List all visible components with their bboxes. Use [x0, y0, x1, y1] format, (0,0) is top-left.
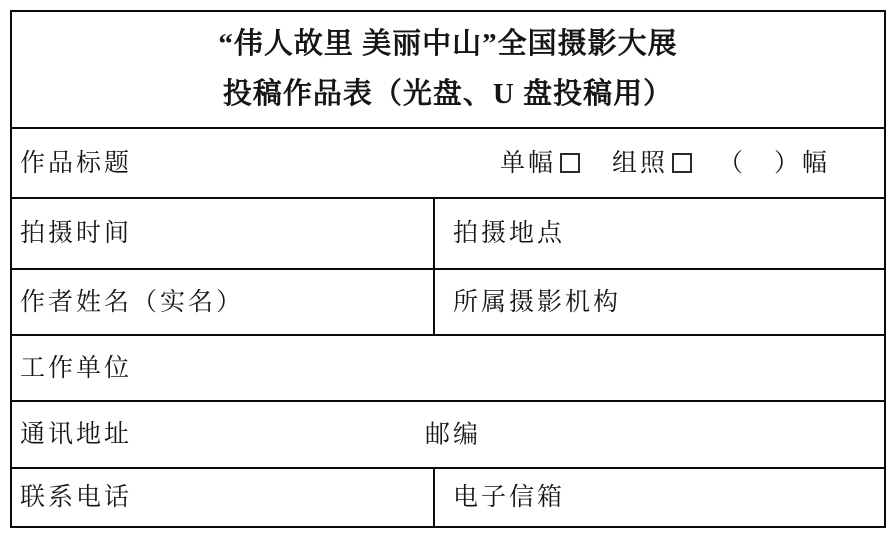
cell-shoot-place: 拍摄地点	[435, 199, 884, 268]
row-contact: 联系电话 电子信箱	[12, 469, 884, 526]
work-unit-label: 工作单位	[20, 356, 132, 381]
form-title-line2: 投稿作品表（光盘、U 盘投稿用）	[223, 80, 673, 109]
single-frame-label: 单幅	[500, 151, 556, 176]
row-author: 作者姓名（实名） 所属摄影机构	[12, 270, 884, 336]
cell-photo-org: 所属摄影机构	[435, 270, 884, 334]
cell-phone: 联系电话	[12, 469, 435, 526]
group-photo-checkbox[interactable]	[672, 153, 692, 173]
postcode-label: 邮编	[425, 422, 481, 447]
phone-label: 联系电话	[20, 485, 132, 510]
shoot-time-label: 拍摄时间	[20, 221, 132, 246]
row-work-title: 作品标题 单幅 组照 （ ）幅	[12, 129, 884, 199]
form-title-block: “伟人故里 美丽中山”全国摄影大展 投稿作品表（光盘、U 盘投稿用）	[12, 12, 884, 129]
work-type-options: 单幅 组照 （ ）幅	[500, 129, 830, 197]
row-work-unit: 工作单位	[12, 336, 884, 402]
work-title-label: 作品标题	[20, 151, 132, 176]
cell-author-name: 作者姓名（实名）	[12, 270, 435, 334]
shoot-place-label: 拍摄地点	[453, 221, 565, 246]
cell-email: 电子信箱	[435, 469, 884, 526]
frame-count-label: （ ）幅	[718, 151, 830, 176]
email-label: 电子信箱	[453, 485, 565, 510]
single-frame-checkbox[interactable]	[560, 153, 580, 173]
photo-org-label: 所属摄影机构	[453, 290, 621, 315]
row-mail-address: 通讯地址 邮编	[12, 402, 884, 469]
group-photo-label: 组照	[612, 151, 668, 176]
form-sheet: “伟人故里 美丽中山”全国摄影大展 投稿作品表（光盘、U 盘投稿用） 作品标题 …	[0, 0, 896, 539]
row-shoot: 拍摄时间 拍摄地点	[12, 199, 884, 270]
submission-form-table: “伟人故里 美丽中山”全国摄影大展 投稿作品表（光盘、U 盘投稿用） 作品标题 …	[10, 10, 886, 528]
cell-shoot-time: 拍摄时间	[12, 199, 435, 268]
mail-address-label: 通讯地址	[20, 422, 132, 447]
author-name-label: 作者姓名（实名）	[20, 290, 244, 315]
form-title-line1: “伟人故里 美丽中山”全国摄影大展	[218, 30, 677, 59]
